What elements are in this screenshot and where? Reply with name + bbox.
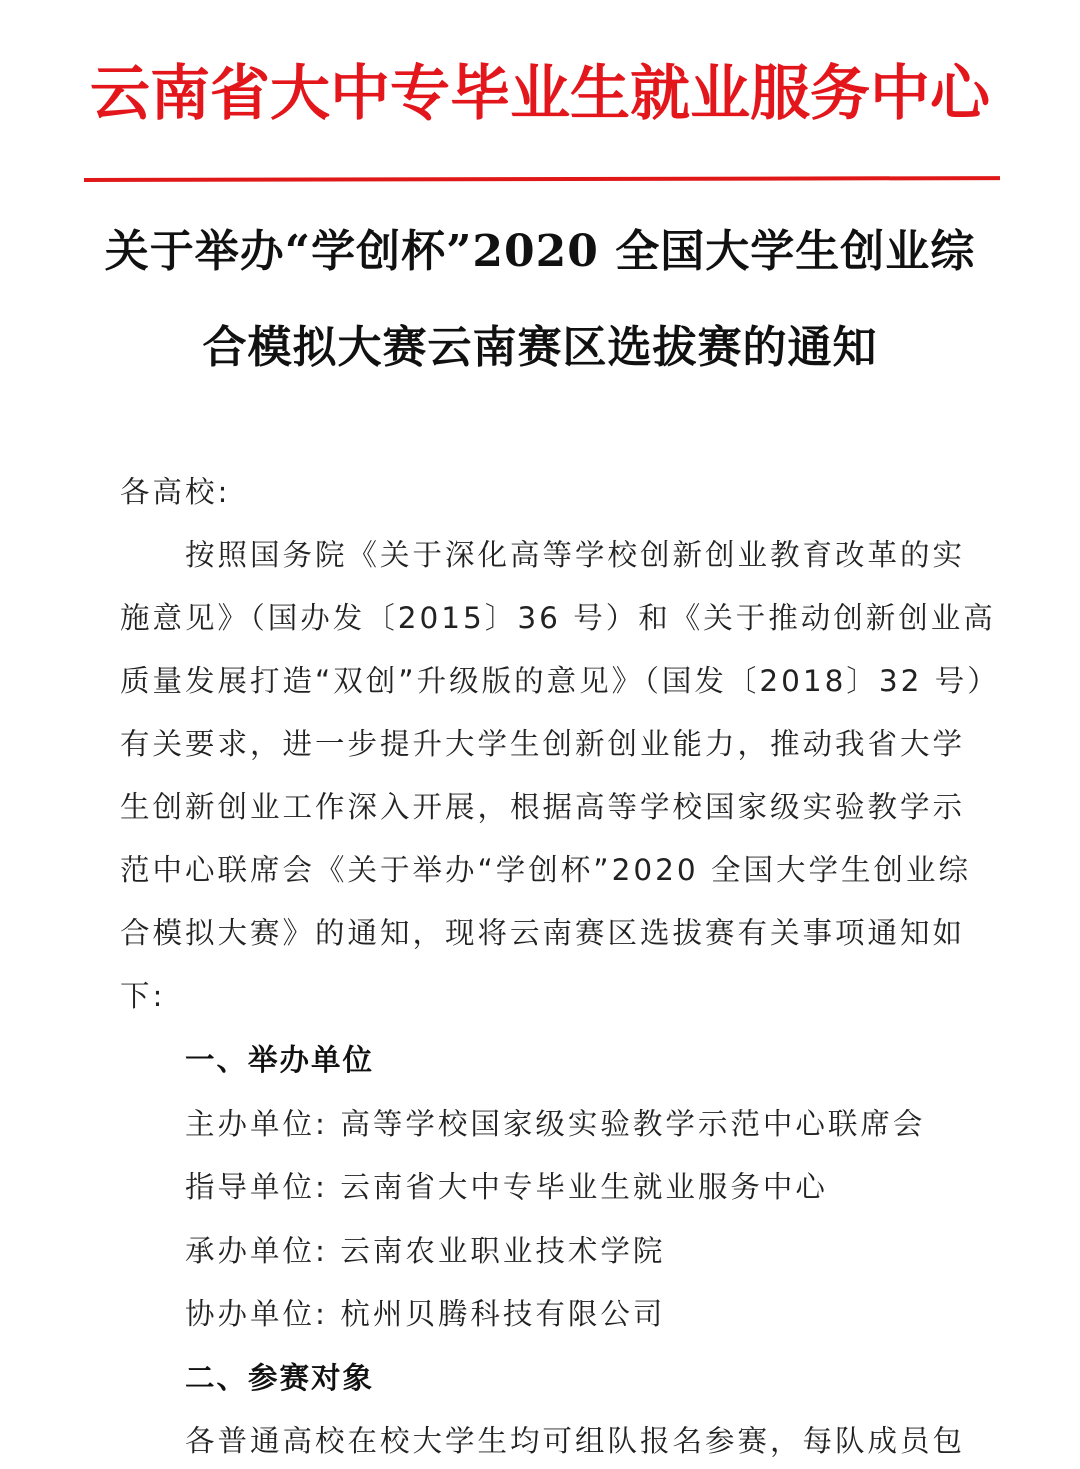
section-heading-organizers: 一、举办单位 bbox=[185, 1040, 1025, 1080]
organizer-item: 协办单位: 杭州贝腾科技有限公司 bbox=[185, 1294, 1025, 1334]
paragraph-line: 合模拟大赛》的通知，现将云南赛区选拔赛有关事项通知如 bbox=[120, 913, 960, 953]
paragraph-line: 下: bbox=[120, 976, 960, 1016]
participants-line: 各普通高校在校大学生均可组队报名参赛，每队成员包 bbox=[185, 1421, 1025, 1461]
org-letterhead: 云南省大中专毕业生就业服务中心 bbox=[0, 58, 1080, 130]
organizer-item: 承办单位: 云南农业职业技术学院 bbox=[185, 1231, 1025, 1271]
section-heading-participants: 二、参赛对象 bbox=[185, 1358, 1025, 1398]
paragraph-line: 施意见》（国办发〔2015〕36 号）和《关于推动创新创业高 bbox=[120, 598, 960, 638]
paragraph-line: 范中心联席会《关于举办“学创杯”2020 全国大学生创业综 bbox=[120, 850, 960, 890]
organizer-item: 主办单位: 高等学校国家级实验教学示范中心联席会 bbox=[185, 1104, 1025, 1144]
letterhead-red-rule bbox=[84, 176, 1000, 182]
document-title-line-2: 合模拟大赛云南赛区选拔赛的通知 bbox=[0, 318, 1080, 378]
paragraph-line: 按照国务院《关于深化高等学校创新创业教育改革的实 bbox=[185, 535, 1025, 575]
organizer-item: 指导单位: 云南省大中专毕业生就业服务中心 bbox=[185, 1167, 1025, 1207]
paragraph-line: 生创新创业工作深入开展，根据高等学校国家级实验教学示 bbox=[120, 787, 960, 827]
document-page: 云南省大中专毕业生就业服务中心 关于举办“学创杯”2020 全国大学生创业综 合… bbox=[0, 0, 1080, 1469]
paragraph-line: 质量发展打造“双创”升级版的意见》（国发〔2018〕32 号） bbox=[120, 661, 960, 701]
document-title-line-1: 关于举办“学创杯”2020 全国大学生创业综 bbox=[0, 222, 1080, 282]
salutation: 各高校: bbox=[120, 472, 960, 512]
paragraph-line: 有关要求，进一步提升大学生创新创业能力，推动我省大学 bbox=[120, 724, 960, 764]
